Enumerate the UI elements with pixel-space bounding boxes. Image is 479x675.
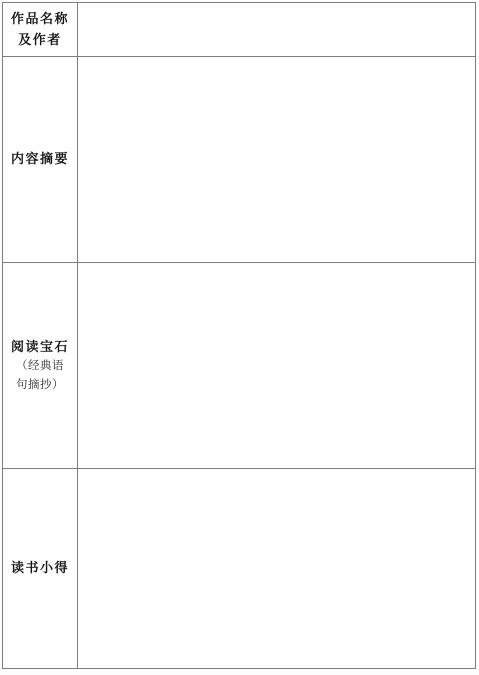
label-line: 内容摘要 (3, 149, 77, 169)
cell-summary (78, 57, 476, 263)
label-line: 及作者 (3, 30, 77, 50)
label-line: 作品名称 (3, 9, 77, 29)
label-subline: 句摘抄） (3, 376, 77, 394)
label-subline: （经典语 (3, 357, 77, 375)
table-row-excerpts: 阅读宝石 （经典语 句摘抄） (3, 263, 476, 469)
cell-title-author (78, 3, 476, 57)
reading-note-table: 作品名称 及作者 内容摘要 阅读宝石 （经典语 句摘抄） 读书小得 (2, 2, 476, 669)
cell-reflections (78, 469, 476, 669)
row-label-summary: 内容摘要 (3, 57, 78, 263)
table-row-summary: 内容摘要 (3, 57, 476, 263)
table-row-title-author: 作品名称 及作者 (3, 3, 476, 57)
cell-excerpts (78, 263, 476, 469)
label-line: 阅读宝石 (3, 337, 77, 357)
row-label-excerpts: 阅读宝石 （经典语 句摘抄） (3, 263, 78, 469)
row-label-title-author: 作品名称 及作者 (3, 3, 78, 57)
table-row-reflections: 读书小得 (3, 469, 476, 669)
row-label-reflections: 读书小得 (3, 469, 78, 669)
label-line: 读书小得 (3, 558, 77, 578)
reading-note-form-page: 作品名称 及作者 内容摘要 阅读宝石 （经典语 句摘抄） 读书小得 (0, 0, 479, 675)
